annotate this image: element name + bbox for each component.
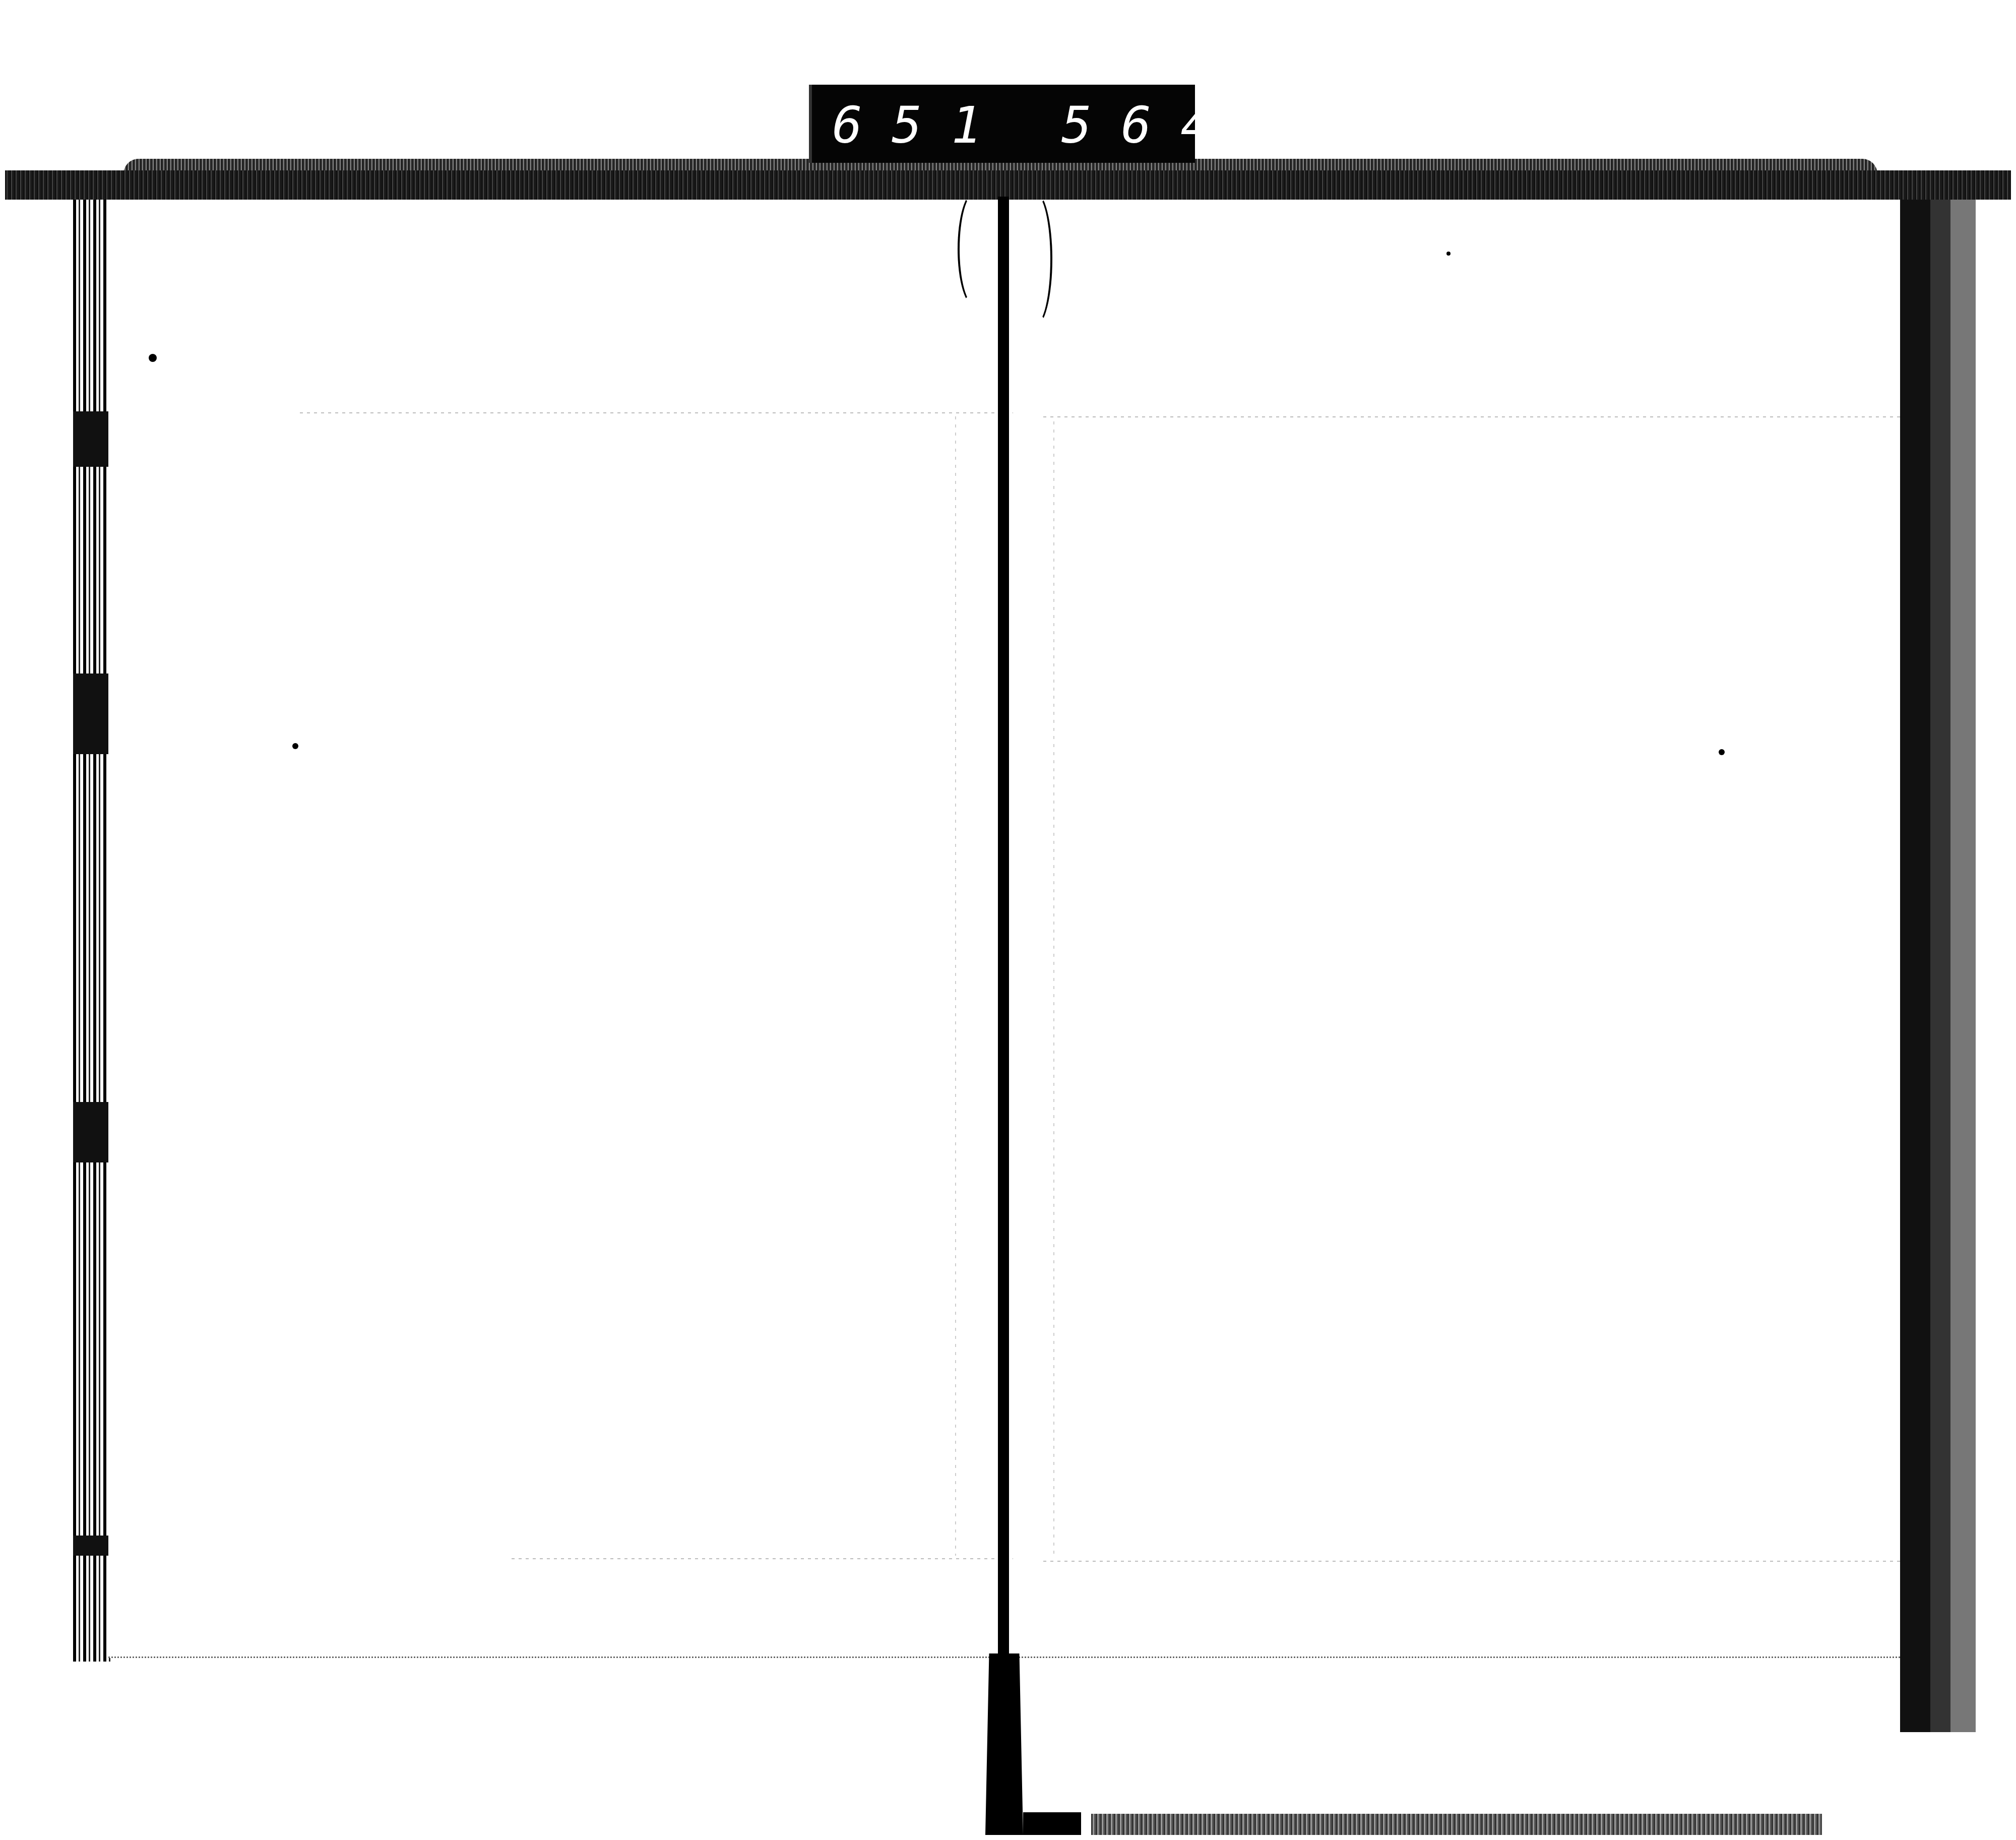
bottom-cover-strip	[1091, 1814, 1822, 1835]
spine-foot-bar	[1023, 1812, 1081, 1835]
left-fore-edge	[73, 200, 112, 1662]
page-vertical-rule	[1053, 421, 1054, 1556]
speck	[149, 354, 157, 362]
page-rule	[300, 412, 1076, 413]
counter-left-number: 651	[832, 96, 1011, 155]
left-page	[108, 200, 993, 1658]
page-rule	[512, 1558, 1016, 1559]
edge-blot	[73, 673, 112, 754]
edge-blot	[73, 1102, 112, 1162]
page-rule	[1043, 416, 1900, 417]
page-rule	[1043, 1561, 1900, 1562]
speck	[1719, 749, 1725, 755]
book-top-edge	[5, 170, 2011, 200]
edge-blot	[73, 411, 112, 467]
book-gutter	[998, 197, 1009, 1653]
speck	[1446, 252, 1451, 256]
spine-foot	[985, 1653, 1023, 1835]
right-fore-edge	[1900, 200, 1976, 1732]
gutter-stain	[958, 192, 992, 306]
counter-right-number: 564.	[1061, 96, 1300, 155]
speck	[292, 743, 298, 749]
frame-counter-label: 651 564.	[809, 85, 1195, 163]
page-vertical-rule	[955, 416, 956, 1556]
right-page	[1013, 200, 1900, 1658]
gutter-stain	[1018, 192, 1052, 327]
edge-blot	[73, 1536, 112, 1556]
